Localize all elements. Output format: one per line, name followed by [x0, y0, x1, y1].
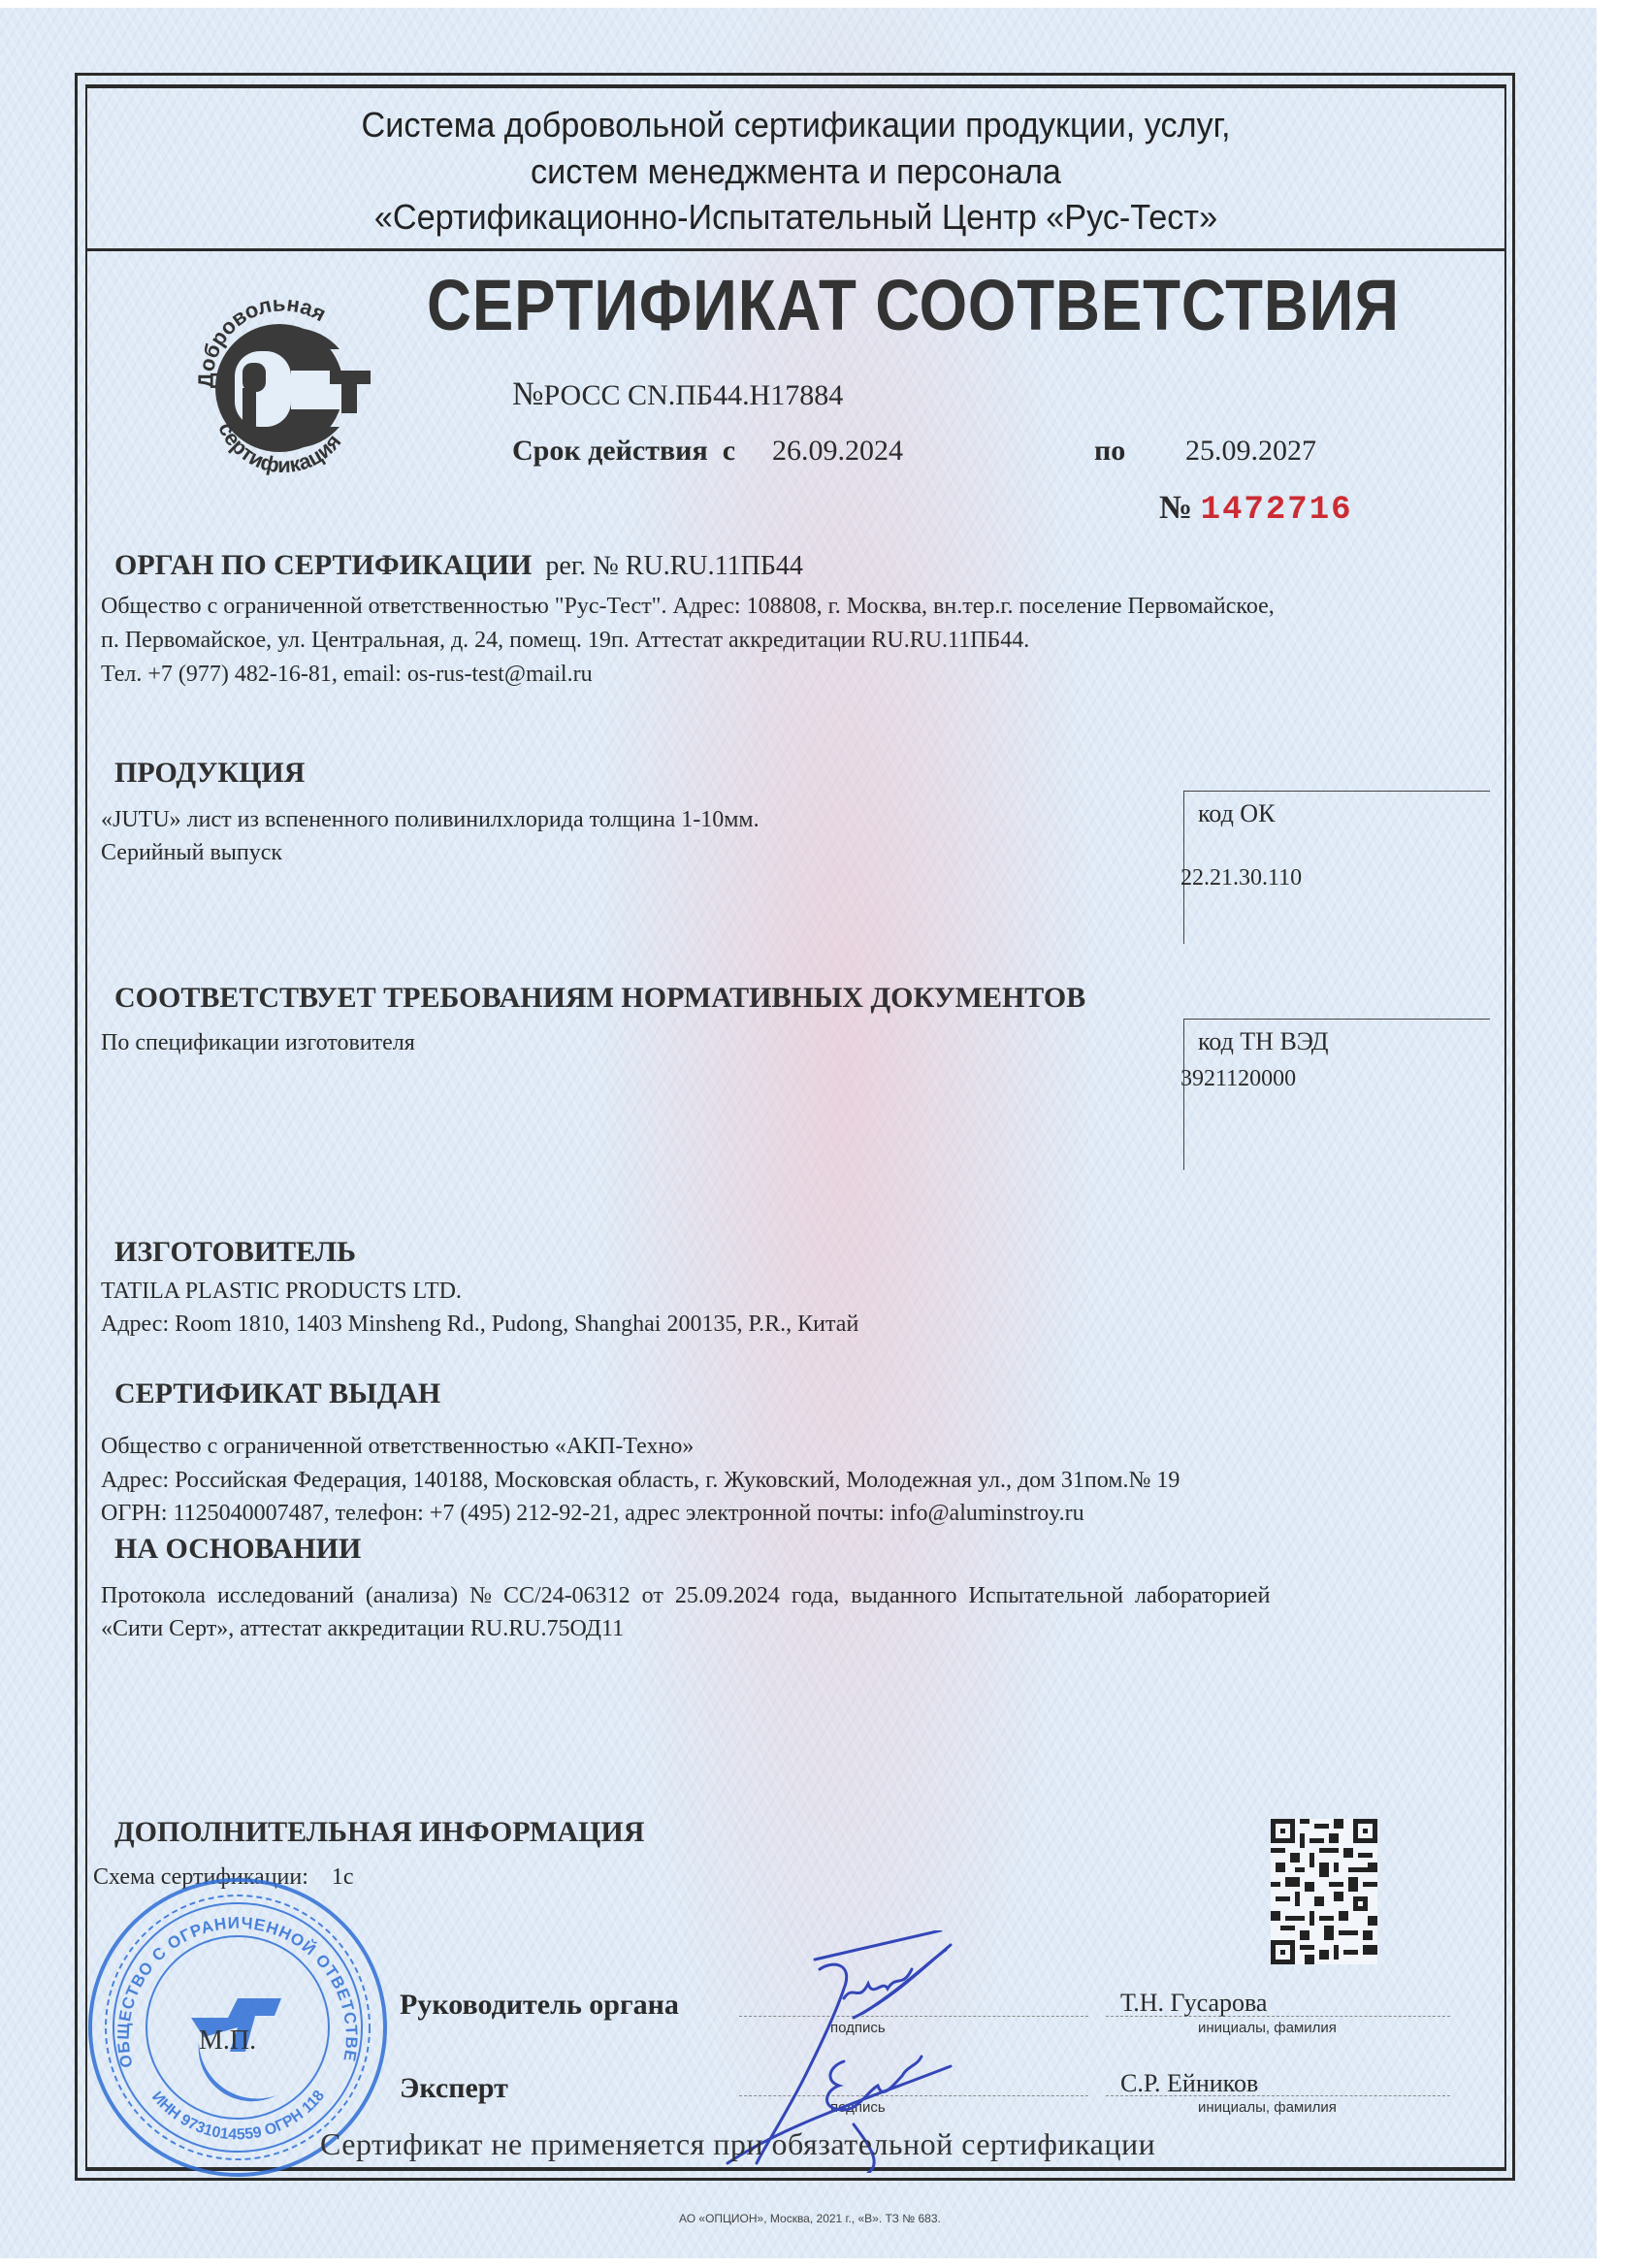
- stamp-placeholder-label: М.П.: [199, 2025, 256, 2057]
- registration-number: №РОСС CN.ПБ44.Н17884: [512, 376, 843, 413]
- number-sign: №: [512, 376, 543, 412]
- issued-to-line-2: Адрес: Российская Федерация, 140188, Мос…: [101, 1468, 1180, 1494]
- certification-body-heading: ОРГАН ПО СЕРТИФИКАЦИИ: [114, 549, 532, 581]
- certification-body-line-2: п. Первомайское, ул. Центральная, д. 24,…: [101, 628, 1029, 654]
- tnved-code-box: код ТН ВЭД 3921120000: [1183, 1019, 1490, 1170]
- serial-number-value: 1472716: [1201, 492, 1353, 529]
- product-line-2: Серийный выпуск: [101, 840, 282, 866]
- certification-body-line-3: Тел. +7 (977) 482-16-81, email: os-rus-t…: [101, 662, 593, 688]
- svg-text:ИНН 9731014559 ОГРН 1187746912: ИНН 9731014559 ОГРН 1187746912066: [82, 1872, 328, 2143]
- basis-heading: НА ОСНОВАНИИ: [114, 1533, 361, 1566]
- certification-body-heading-row: ОРГАН ПО СЕРТИФИКАЦИИ рег. № RU.RU.11ПБ4…: [114, 549, 803, 582]
- issued-to-heading: СЕРТИФИКАТ ВЫДАН: [114, 1377, 440, 1410]
- serial-number-sign: №: [1159, 490, 1192, 526]
- printer-imprint: АО «ОПЦИОН», Москва, 2021 г., «В». ТЗ № …: [679, 2212, 941, 2225]
- rst-logo-icon: Добровольная сертификация: [184, 281, 378, 475]
- validity-to-date: 25.09.2027: [1185, 435, 1316, 468]
- okpd-code-value: 22.21.30.110: [1180, 865, 1302, 891]
- manufacturer-heading: ИЗГОТОВИТЕЛЬ: [114, 1236, 356, 1269]
- basis-line-2: «Сити Серт», аттестат аккредитации RU.RU…: [101, 1616, 624, 1642]
- issued-to-line-1: Общество с ограниченной ответственностью…: [101, 1434, 694, 1460]
- system-name-line-1: Система добровольной сертификации продук…: [121, 105, 1471, 146]
- okpd-code-label: код ОК: [1198, 799, 1275, 828]
- okpd-code-box: код ОК 22.21.30.110: [1183, 791, 1490, 944]
- product-heading: ПРОДУКЦИЯ: [114, 757, 305, 790]
- product-line-1: «JUTU» лист из вспененного поливинилхлор…: [101, 807, 760, 833]
- system-name-line-3: «Сертификационно-Испытательный Центр «Ру…: [121, 197, 1471, 238]
- stamp-bottom-text: ИНН 9731014559 ОГРН 1187746912066: [82, 1872, 328, 2143]
- manufacturer-line-1: TATILA PLASTIC PRODUCTS LTD.: [101, 1279, 462, 1305]
- basis-line-1: Протокола исследований (анализа) № CC/24…: [101, 1583, 1270, 1609]
- qr-code-icon[interactable]: [1271, 1819, 1377, 1964]
- conformity-heading: СООТВЕТСТВУЕТ ТРЕБОВАНИЯМ НОРМАТИВНЫХ ДО…: [114, 982, 1085, 1015]
- conformity-text: По спецификации изготовителя: [101, 1030, 415, 1056]
- head-of-body-label: Руководитель органа: [400, 1989, 679, 2022]
- footer-note: Сертификат не применяется при обязательн…: [320, 2126, 1155, 2162]
- validity-to-label: по: [1094, 435, 1125, 468]
- validity-from-label: с: [723, 435, 735, 467]
- head-name: Т.Н. Гусарова: [1120, 1989, 1267, 2018]
- tnved-code-label: код ТН ВЭД: [1198, 1027, 1329, 1056]
- validity-from-date: 26.09.2024: [772, 435, 903, 468]
- certification-body-reg: рег. № RU.RU.11ПБ44: [545, 551, 803, 581]
- expert-name: С.Р. Ейников: [1120, 2069, 1258, 2098]
- validity-label-text: Срок действия: [512, 435, 708, 467]
- issued-to-line-3: ОГРН: 1125040007487, телефон: +7 (495) 2…: [101, 1501, 1084, 1527]
- certificate-title: СЕРТИФИКАТ СООТВЕТСТВИЯ: [427, 264, 1400, 346]
- manufacturer-line-2: Адрес: Room 1810, 1403 Minsheng Rd., Pud…: [101, 1312, 858, 1338]
- registration-number-value: РОСС CN.ПБ44.Н17884: [543, 379, 843, 411]
- certification-body-line-1: Общество с ограниченной ответственностью…: [101, 594, 1275, 620]
- head-name-caption: инициалы, фамилия: [1198, 2020, 1337, 2036]
- header-divider: [85, 248, 1506, 251]
- system-name-line-2: систем менеджмента и персонала: [121, 151, 1471, 192]
- additional-info-heading: ДОПОЛНИТЕЛЬНАЯ ИНФОРМАЦИЯ: [114, 1816, 644, 1849]
- tnved-code-value: 3921120000: [1180, 1066, 1296, 1092]
- expert-label: Эксперт: [400, 2072, 508, 2105]
- expert-name-caption: инициалы, фамилия: [1198, 2099, 1337, 2116]
- validity-label: Срок действия с: [512, 435, 735, 468]
- form-serial-number: № 1472716: [1159, 490, 1353, 529]
